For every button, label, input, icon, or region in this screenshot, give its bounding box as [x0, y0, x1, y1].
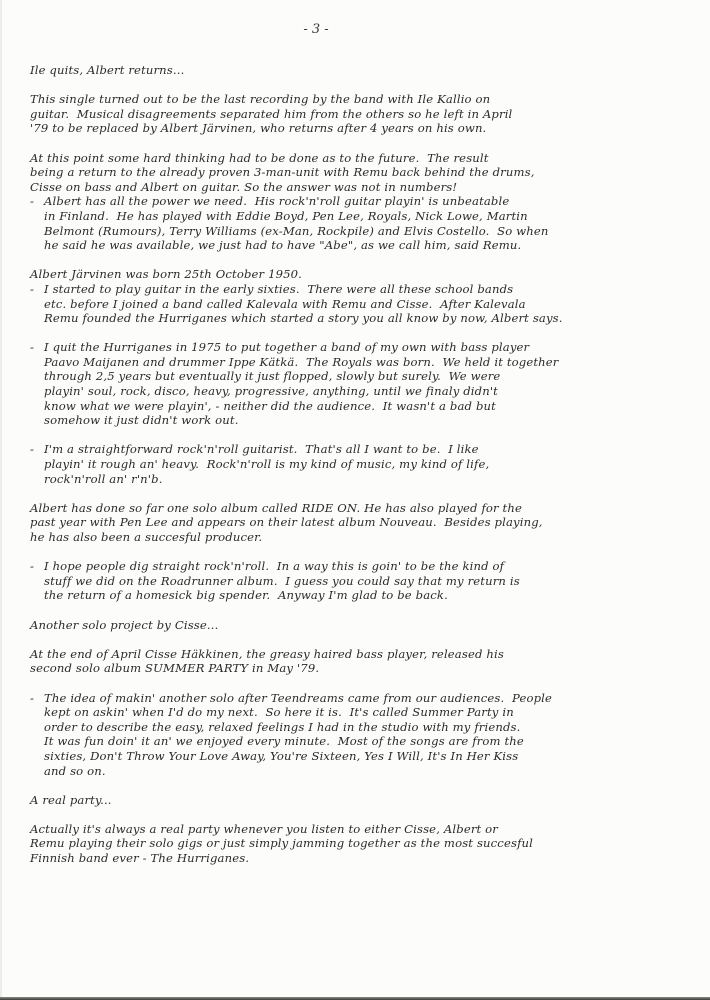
- text-line: -I hope people dig straight rock'n'roll.…: [30, 559, 700, 574]
- document-body: Ile quits, Albert returns...This single …: [30, 63, 700, 866]
- quote-item: -I started to play guitar in the early s…: [30, 282, 700, 326]
- text-line: through 2,5 years but eventually it just…: [30, 369, 700, 384]
- text-line: guitar. Musical disagreements separated …: [30, 107, 700, 122]
- text-line: stuff we did on the Roadrunner album. I …: [30, 574, 700, 589]
- text-line: -The idea of makin' another solo after T…: [30, 691, 700, 706]
- quote-item: -I quit the Hurriganes in 1975 to put to…: [30, 340, 700, 428]
- section-heading: Another solo project by Cisse...: [30, 618, 700, 633]
- text-line: Albert has done so far one solo album ca…: [30, 501, 700, 516]
- text-line: Finnish band ever - The Hurriganes.: [30, 851, 700, 866]
- text-line: -I'm a straightforward rock'n'roll guita…: [30, 442, 700, 457]
- text-line: Actually it's always a real party whenev…: [30, 822, 700, 837]
- paragraph-gap: [30, 545, 700, 560]
- dash-marker: -: [30, 282, 44, 297]
- section-heading: Ile quits, Albert returns...: [30, 63, 700, 78]
- text-line: Belmont (Rumours), Terry Williams (ex-Ma…: [30, 224, 700, 239]
- text-line: At the end of April Cisse Häkkinen, the …: [30, 647, 700, 662]
- paragraph: This single turned out to be the last re…: [30, 92, 700, 136]
- text-line: Paavo Maijanen and drummer Ippe Kätkä. T…: [30, 355, 700, 370]
- dash-marker: -: [30, 691, 44, 706]
- text-line: sixties, Don't Throw Your Love Away, You…: [30, 749, 700, 764]
- text-line: Albert Järvinen was born 25th October 19…: [30, 267, 700, 282]
- text-line: he has also been a succesful producer.: [30, 530, 700, 545]
- text-line: and so on.: [30, 764, 700, 779]
- dash-marker: -: [30, 340, 44, 355]
- text-line: Cisse on bass and Albert on guitar. So t…: [30, 180, 700, 195]
- text-line: rock'n'roll an' r'n'b.: [30, 472, 700, 487]
- text-line: Ile quits, Albert returns...: [30, 63, 700, 78]
- text-line: -I quit the Hurriganes in 1975 to put to…: [30, 340, 700, 355]
- dash-marker: -: [30, 442, 44, 457]
- quote-item: -I hope people dig straight rock'n'roll.…: [30, 559, 700, 603]
- paragraph-gap: [30, 603, 700, 618]
- quote-item: -Albert has all the power we need. His r…: [30, 194, 700, 252]
- paragraph-gap: [30, 676, 700, 691]
- paragraph-gap: [30, 428, 700, 443]
- paragraph-gap: [30, 253, 700, 268]
- page-number: - 3 -: [2, 22, 630, 37]
- text-line: know what we were playin', - neither did…: [30, 399, 700, 414]
- paragraph-gap: [30, 778, 700, 793]
- text-line: in Finland. He has played with Eddie Boy…: [30, 209, 700, 224]
- text-line: This single turned out to be the last re…: [30, 92, 700, 107]
- text-line: It was fun doin' it an' we enjoyed every…: [30, 734, 700, 749]
- quote-item: -I'm a straightforward rock'n'roll guita…: [30, 442, 700, 486]
- text-line: kept on askin' when I'd do my next. So h…: [30, 705, 700, 720]
- paragraph: Actually it's always a real party whenev…: [30, 822, 700, 866]
- text-line: Remu founded the Hurriganes which starte…: [30, 311, 700, 326]
- paragraph: Albert has done so far one solo album ca…: [30, 501, 700, 545]
- paragraph-gap: [30, 136, 700, 151]
- text-line: Remu playing their solo gigs or just sim…: [30, 836, 700, 851]
- dash-marker: -: [30, 559, 44, 574]
- text-line: At this point some hard thinking had to …: [30, 151, 700, 166]
- paragraph-gap: [30, 78, 700, 93]
- text-line: order to describe the easy, relaxed feel…: [30, 720, 700, 735]
- paragraph-gap: [30, 807, 700, 822]
- text-line: playin' soul, rock, disco, heavy, progre…: [30, 384, 700, 399]
- text-line: -I started to play guitar in the early s…: [30, 282, 700, 297]
- text-line: '79 to be replaced by Albert Järvinen, w…: [30, 121, 700, 136]
- text-line: second solo album SUMMER PARTY in May '7…: [30, 661, 700, 676]
- quote-item: -The idea of makin' another solo after T…: [30, 691, 700, 779]
- text-line: past year with Pen Lee and appears on th…: [30, 515, 700, 530]
- paragraph: At the end of April Cisse Häkkinen, the …: [30, 647, 700, 676]
- dash-marker: -: [30, 194, 44, 209]
- text-line: Another solo project by Cisse...: [30, 618, 700, 633]
- paragraph-gap: [30, 632, 700, 647]
- paragraph: Albert Järvinen was born 25th October 19…: [30, 267, 700, 282]
- text-line: being a return to the already proven 3-m…: [30, 165, 700, 180]
- paragraph: At this point some hard thinking had to …: [30, 151, 700, 195]
- text-line: he said he was available, we just had to…: [30, 238, 700, 253]
- text-line: somehow it just didn't work out.: [30, 413, 700, 428]
- text-line: etc. before I joined a band called Kalev…: [30, 297, 700, 312]
- text-line: A real party...: [30, 793, 700, 808]
- text-line: the return of a homesick big spender. An…: [30, 588, 700, 603]
- paragraph-gap: [30, 326, 700, 341]
- section-heading: A real party...: [30, 793, 700, 808]
- text-line: playin' it rough an' heavy. Rock'n'roll …: [30, 457, 700, 472]
- paragraph-gap: [30, 486, 700, 501]
- document-page: - 3 - Ile quits, Albert returns...This s…: [0, 0, 710, 997]
- text-line: -Albert has all the power we need. His r…: [30, 194, 700, 209]
